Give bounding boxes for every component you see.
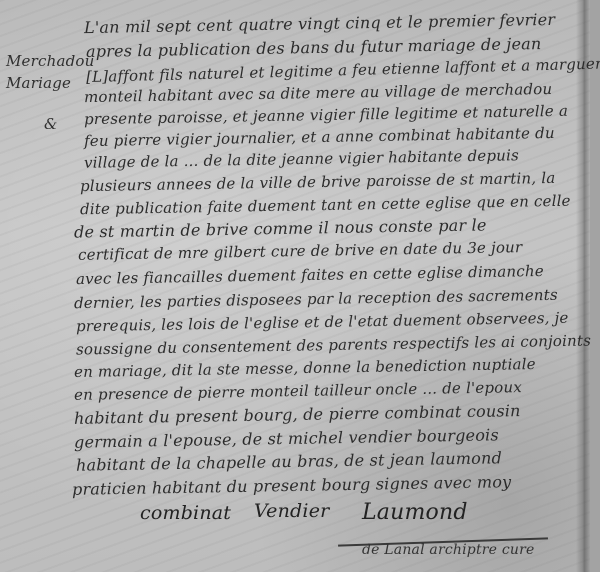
signature-combinat: combinat <box>140 502 231 524</box>
text-line-1: L'an mil sept cent quatre vingt cinq et … <box>84 10 555 37</box>
margin-note-place: Merchadou <box>6 52 95 70</box>
margin-note-ampersand: & <box>44 115 58 133</box>
text-line-12: avec les fiancailles duement faites en c… <box>76 262 544 288</box>
text-line-11: certificat de mre gilbert cure de brive … <box>78 238 523 264</box>
text-line-19: germain a l'epouse, de st michel vendier… <box>74 425 499 451</box>
text-line-14: prerequis, les lois de l'eglise et de l'… <box>76 309 569 336</box>
text-line-7: village de la ... de la dite jeanne vigi… <box>84 146 519 172</box>
text-line-16: en mariage, dit la ste messe, donne la b… <box>74 355 536 381</box>
text-line-10: de st martin de brive comme il nous cons… <box>74 215 487 241</box>
text-line-21: praticien habitant du present bourg sign… <box>72 472 512 499</box>
text-line-18: habitant du present bourg, de pierre com… <box>74 401 521 428</box>
signature-priest: de Lanal archiptre cure <box>362 542 534 558</box>
signature-laumond: Laumond <box>362 500 468 525</box>
page-edge <box>590 0 600 572</box>
page-fold-shadow <box>576 0 590 572</box>
text-line-17: en presence de pierre monteil tailleur o… <box>74 378 522 404</box>
text-line-9: dite publication faite duement tant en c… <box>80 192 571 219</box>
signature-vendier: Vendier <box>254 500 329 522</box>
text-line-8: plusieurs annees de la ville de brive pa… <box>80 169 556 195</box>
text-line-13: dernier, les parties disposees par la re… <box>74 286 558 312</box>
text-line-20: habitant de la chapelle au bras, de st j… <box>76 448 502 474</box>
margin-note-mariage: Mariage <box>6 74 71 92</box>
register-page: Merchadou Mariage & L'an mil sept cent q… <box>0 0 600 572</box>
